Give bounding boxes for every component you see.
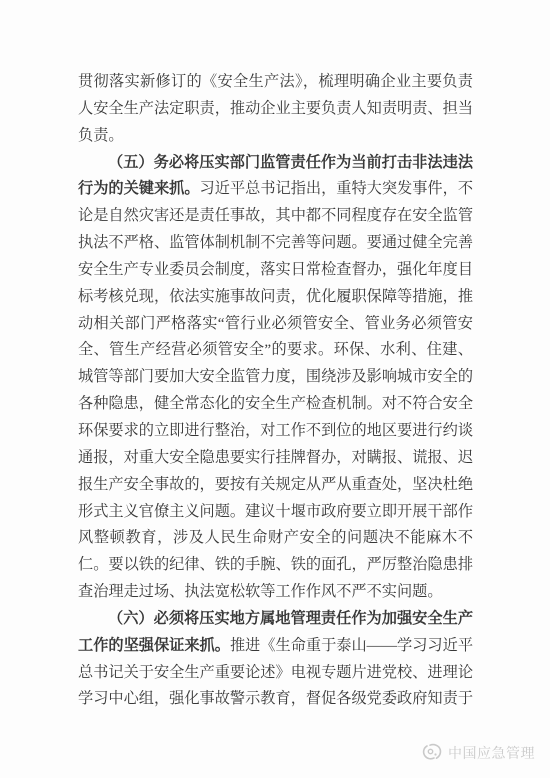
bold-text-segment: 行为的关键来抓。 — [78, 180, 200, 197]
text-line: 人安全生产法定职责，推动企业主要负责人知责明责、担当 — [78, 96, 473, 123]
text-segment: 城管等部门要加大安全监管力度，围绕涉及影响城市安全的 — [78, 368, 473, 385]
text-line: 通报，对重大安全隐患要实行挂牌督办，对瞒报、谎报、迟 — [78, 445, 473, 472]
text-segment: 查治理走过场、执法宽松软等工作作风不严不实问题。 — [78, 583, 443, 600]
text-line: 风整顿教育，涉及人民生命财产安全的问题决不能麻木不 — [78, 525, 473, 552]
text-segment: 动相关部门严格落实“管行业必须管安全、管业务必须管安 — [78, 315, 473, 332]
text-line: 城管等部门要加大安全监管力度，围绕涉及影响城市安全的 — [78, 364, 473, 391]
text-line: 总书记关于安全生产重要论述》电视专题片进党校、进理论 — [78, 660, 473, 687]
bold-text-segment: （五）务必将压实部门监管责任作为当前打击非法违法 — [108, 154, 473, 171]
text-line: 仁。要以铁的纪律、铁的手腕、铁的面孔，严厉整治隐患排 — [78, 552, 473, 579]
text-segment: 标考核兑现，依法实施事故问责，优化履职保障等措施，推 — [78, 288, 473, 305]
text-line: 形式主义官僚主义问题。建议十堰市政府要立即开展干部作 — [78, 499, 473, 526]
text-segment: 安全生产专业委员会制度，落实日常检查督办，强化年度目 — [78, 261, 473, 278]
text-line: 执法不严格、监管体制机制不完善等问题。要通过健全完善 — [78, 230, 473, 257]
text-segment: 总书记关于安全生产重要论述》电视专题片进党校、进理论 — [78, 664, 473, 681]
emergency-management-logo-icon — [421, 743, 444, 763]
text-line: 安全生产专业委员会制度，落实日常检查督办，强化年度目 — [78, 257, 473, 284]
text-segment: 全、管生产经营必须管安全”的要求。环保、水利、住建、 — [78, 341, 473, 358]
text-line: 贯彻落实新修订的《安全生产法》，梳理明确企业主要负责 — [78, 69, 473, 96]
text-line: 各种隐患，健全常态化的安全生产检查机制。对不符合安全 — [78, 391, 473, 418]
text-line: 标考核兑现，依法实施事故问责，优化履职保障等措施，推 — [78, 284, 473, 311]
text-line: 全、管生产经营必须管安全”的要求。环保、水利、住建、 — [78, 337, 473, 364]
bold-text-segment: 工作的坚强保证来抓。 — [78, 637, 230, 654]
text-segment: 人安全生产法定职责，推动企业主要负责人知责明责、担当 — [78, 100, 473, 117]
text-line: 论是自然灾害还是责任事故，其中都不同程度存在安全监管 — [78, 203, 473, 230]
text-segment: 各种隐患，健全常态化的安全生产检查机制。对不符合安全 — [78, 395, 473, 412]
document-page: 贯彻落实新修订的《安全生产法》，梳理明确企业主要负责人安全生产法定职责，推动企业… — [0, 0, 550, 778]
text-line: 负责。 — [78, 123, 473, 150]
text-segment: 通报，对重大安全隐患要实行挂牌督办，对瞒报、谎报、迟 — [78, 449, 473, 466]
bold-text-segment: （六）必须将压实地方属地管理责任作为加强安全生产 — [108, 610, 473, 627]
document-body: 贯彻落实新修订的《安全生产法》，梳理明确企业主要负责人安全生产法定职责，推动企业… — [78, 69, 473, 713]
text-segment: 环保要求的立即进行整治，对工作不到位的地区要进行约谈 — [78, 422, 473, 439]
text-line: 学习中心组，强化事故警示教育，督促各级党委政府知责于 — [78, 686, 473, 713]
text-line: 环保要求的立即进行整治，对工作不到位的地区要进行约谈 — [78, 418, 473, 445]
watermark: 中国应急管理 — [421, 741, 535, 765]
watermark-label: 中国应急管理 — [448, 743, 535, 763]
text-line: 动相关部门严格落实“管行业必须管安全、管业务必须管安 — [78, 311, 473, 338]
text-segment: 执法不严格、监管体制机制不完善等问题。要通过健全完善 — [78, 234, 473, 251]
text-line: （五）务必将压实部门监管责任作为当前打击非法违法 — [78, 150, 473, 177]
text-segment: 报生产安全事故的，要按有关规定从严从重查处，坚决杜绝 — [78, 476, 473, 493]
text-segment: 推进《生命重于泰山——学习习近平 — [230, 637, 473, 654]
text-line: 报生产安全事故的，要按有关规定从严从重查处，坚决杜绝 — [78, 472, 473, 499]
text-segment: 形式主义官僚主义问题。建议十堰市政府要立即开展干部作 — [78, 503, 473, 520]
text-segment: 贯彻落实新修订的《安全生产法》，梳理明确企业主要负责 — [78, 73, 473, 90]
text-line: 查治理走过场、执法宽松软等工作作风不严不实问题。 — [78, 579, 473, 606]
text-segment: 风整顿教育，涉及人民生命财产安全的问题决不能麻木不 — [78, 529, 473, 546]
text-line: 行为的关键来抓。习近平总书记指出，重特大突发事件，不 — [78, 176, 473, 203]
text-line: （六）必须将压实地方属地管理责任作为加强安全生产 — [78, 606, 473, 633]
text-segment: 仁。要以铁的纪律、铁的手腕、铁的面孔，严厉整治隐患排 — [78, 556, 473, 573]
text-line: 工作的坚强保证来抓。推进《生命重于泰山——学习习近平 — [78, 633, 473, 660]
text-segment: 论是自然灾害还是责任事故，其中都不同程度存在安全监管 — [78, 207, 473, 224]
text-segment: 负责。 — [78, 127, 124, 144]
text-segment: 习近平总书记指出，重特大突发事件，不 — [200, 180, 473, 197]
text-segment: 学习中心组，强化事故警示教育，督促各级党委政府知责于 — [78, 690, 473, 707]
